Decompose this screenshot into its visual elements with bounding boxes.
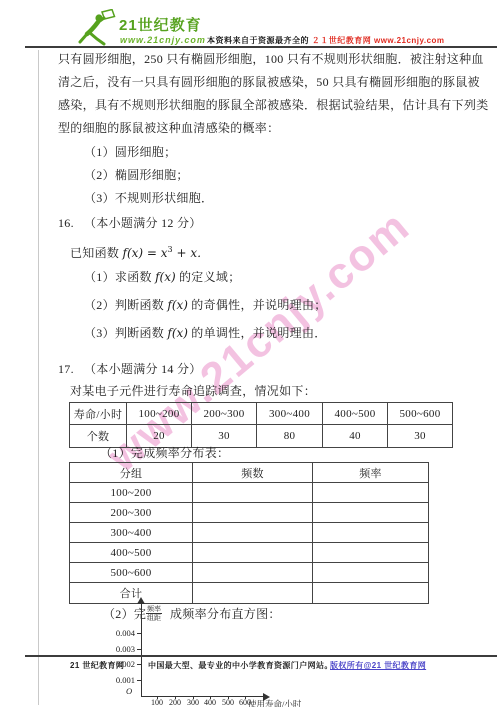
- y-tick-label: 0.004: [108, 628, 135, 638]
- t2-empty-cell: [193, 563, 313, 583]
- x-tick-label: 100: [147, 698, 167, 707]
- left-margin-rule: [38, 50, 39, 705]
- t2-group-cell: 200~300: [70, 503, 193, 523]
- t2-group-cell: 100~200: [70, 483, 193, 503]
- y-axis-unit-label: 频率 组距: [146, 605, 162, 622]
- p17-sub2-pre: （2）完: [103, 607, 146, 621]
- p15-line: 型的细胞的豚鼠被这种血清感染的概率：: [58, 121, 279, 135]
- frequency-table: 分组 频数 频率 100~200 200~300 300~400 400~500…: [69, 462, 429, 604]
- tagline-url: www.21cnjy.com: [374, 36, 445, 45]
- t1-header-cell: 400~500: [323, 403, 388, 425]
- t1-header-cell: 500~600: [388, 403, 452, 425]
- t1-header-cell: 300~400: [257, 403, 323, 425]
- y-tick-label: 0.003: [108, 644, 135, 654]
- t2-empty-cell: [193, 543, 313, 563]
- t2-group-cell: 400~500: [70, 543, 193, 563]
- logo-runner-icon: [76, 9, 118, 47]
- p16-formula: f(x) = x3 + x．: [123, 246, 210, 260]
- y-axis: [141, 604, 142, 697]
- tagline-brand: ２１世纪教育网: [312, 36, 372, 45]
- t2-empty-cell: [313, 563, 428, 583]
- t1-count-cell: 80: [257, 425, 323, 447]
- footer-site: 21 世纪教育网: [70, 660, 124, 671]
- t1-count-cell: 40: [323, 425, 388, 447]
- y-tick: [137, 649, 141, 650]
- t1-count-cell: 个数: [70, 425, 127, 447]
- p15-item: （1）圆形细胞；: [84, 145, 176, 159]
- t2-empty-cell: [313, 583, 428, 603]
- footer-divider: [25, 655, 497, 657]
- p15-line: 感染，具有不规则形状细胞的豚鼠全部被感染．根据试验结果，估计具有下列类: [58, 98, 489, 112]
- t2-empty-cell: [193, 523, 313, 543]
- t2-empty-cell: [193, 483, 313, 503]
- p17-intro: 对某电子元件进行寿命追踪调查，情况如下：: [70, 384, 316, 398]
- t2-group-cell: 300~400: [70, 523, 193, 543]
- p16-given: 已知函数 f(x) = x3 + x．: [70, 243, 209, 260]
- p17-sub1: （1）完成频率分布表：: [100, 446, 229, 460]
- fx-math: f(x): [167, 326, 188, 340]
- t2-header-cell: 分组: [70, 463, 193, 483]
- t1-count-cell: 30: [192, 425, 257, 447]
- p16-item: （1）求函数 f(x) 的定义域；: [84, 270, 241, 284]
- footer-description: 中国最大型、最专业的中小学教育资源门户网站。: [148, 660, 333, 671]
- t2-empty-cell: [193, 583, 313, 603]
- t2-empty-cell: [313, 503, 428, 523]
- p17-sub2-post: 成频率分布直方图：: [170, 607, 281, 621]
- p16-item: （2）判断函数 f(x) 的奇偶性，并说明理由；: [84, 298, 327, 312]
- lifespan-table: 寿命/小时 100~200 200~300 300~400 400~500 50…: [69, 402, 453, 448]
- y-axis-arrow-icon: [137, 597, 145, 604]
- x-tick-label: 200: [165, 698, 185, 707]
- fx-math: f(x): [167, 298, 188, 312]
- y-tick: [137, 664, 141, 665]
- document-page: www.21cnjy.com 21世纪教育 www.21cnjy.com 本资料…: [0, 0, 500, 707]
- p15-line: 清之后，没有一只具有圆形细胞的豚鼠被感染，50 只具有椭圆形细胞的豚鼠被: [58, 75, 480, 89]
- y-tick: [137, 680, 141, 681]
- t2-header-cell: 频率: [313, 463, 428, 483]
- t1-header-cell: 100~200: [127, 403, 192, 425]
- t2-empty-cell: [313, 543, 428, 563]
- t2-empty-cell: [313, 483, 428, 503]
- t1-count-cell: 30: [388, 425, 452, 447]
- p16-title: （本小题满分 12 分）: [84, 216, 202, 230]
- logo-url: www.21cnjy.com: [120, 35, 206, 45]
- header-tagline: 本资料来自于资源最齐全的 ２１世纪教育网 www.21cnjy.com: [207, 35, 445, 46]
- p15-item: （3）不规则形状细胞．: [84, 191, 213, 205]
- t2-empty-cell: [313, 523, 428, 543]
- tagline-prefix: 本资料来自于资源最齐全的: [207, 36, 309, 45]
- header-divider: [25, 46, 497, 48]
- x-tick-label: 400: [200, 698, 220, 707]
- p15-line: 只有圆形细胞，250 只有椭圆形细胞，100 只有不规则形状细胞．被注射这种血: [58, 52, 484, 66]
- origin-label: O: [126, 686, 132, 696]
- t2-empty-cell: [193, 503, 313, 523]
- t2-group-cell: 500~600: [70, 563, 193, 583]
- t1-count-cell: 20: [127, 425, 192, 447]
- t1-header-cell: 200~300: [192, 403, 257, 425]
- p15-item: （2）椭圆形细胞；: [84, 168, 189, 182]
- y-tick: [137, 633, 141, 634]
- footer-copyright-link[interactable]: 版权所有@21 世纪教育网: [330, 660, 426, 671]
- p16-number: 16.: [58, 216, 74, 230]
- p16-given-pre: 已知函数: [70, 246, 123, 260]
- t2-header-cell: 频数: [193, 463, 313, 483]
- t1-header-cell: 寿命/小时: [70, 403, 127, 425]
- p17-title: （本小题满分 14 分）: [84, 362, 202, 376]
- logo-title: 21世纪教育: [119, 18, 202, 34]
- y-tick-label: 0.001: [108, 675, 135, 685]
- p17-number: 17.: [58, 362, 74, 376]
- t2-group-cell: 合计: [70, 583, 193, 603]
- x-axis-title: 使用寿命/小时: [248, 698, 301, 707]
- p16-item: （3）判断函数 f(x) 的单调性，并说明理由．: [84, 326, 327, 340]
- fx-math: f(x): [155, 270, 176, 284]
